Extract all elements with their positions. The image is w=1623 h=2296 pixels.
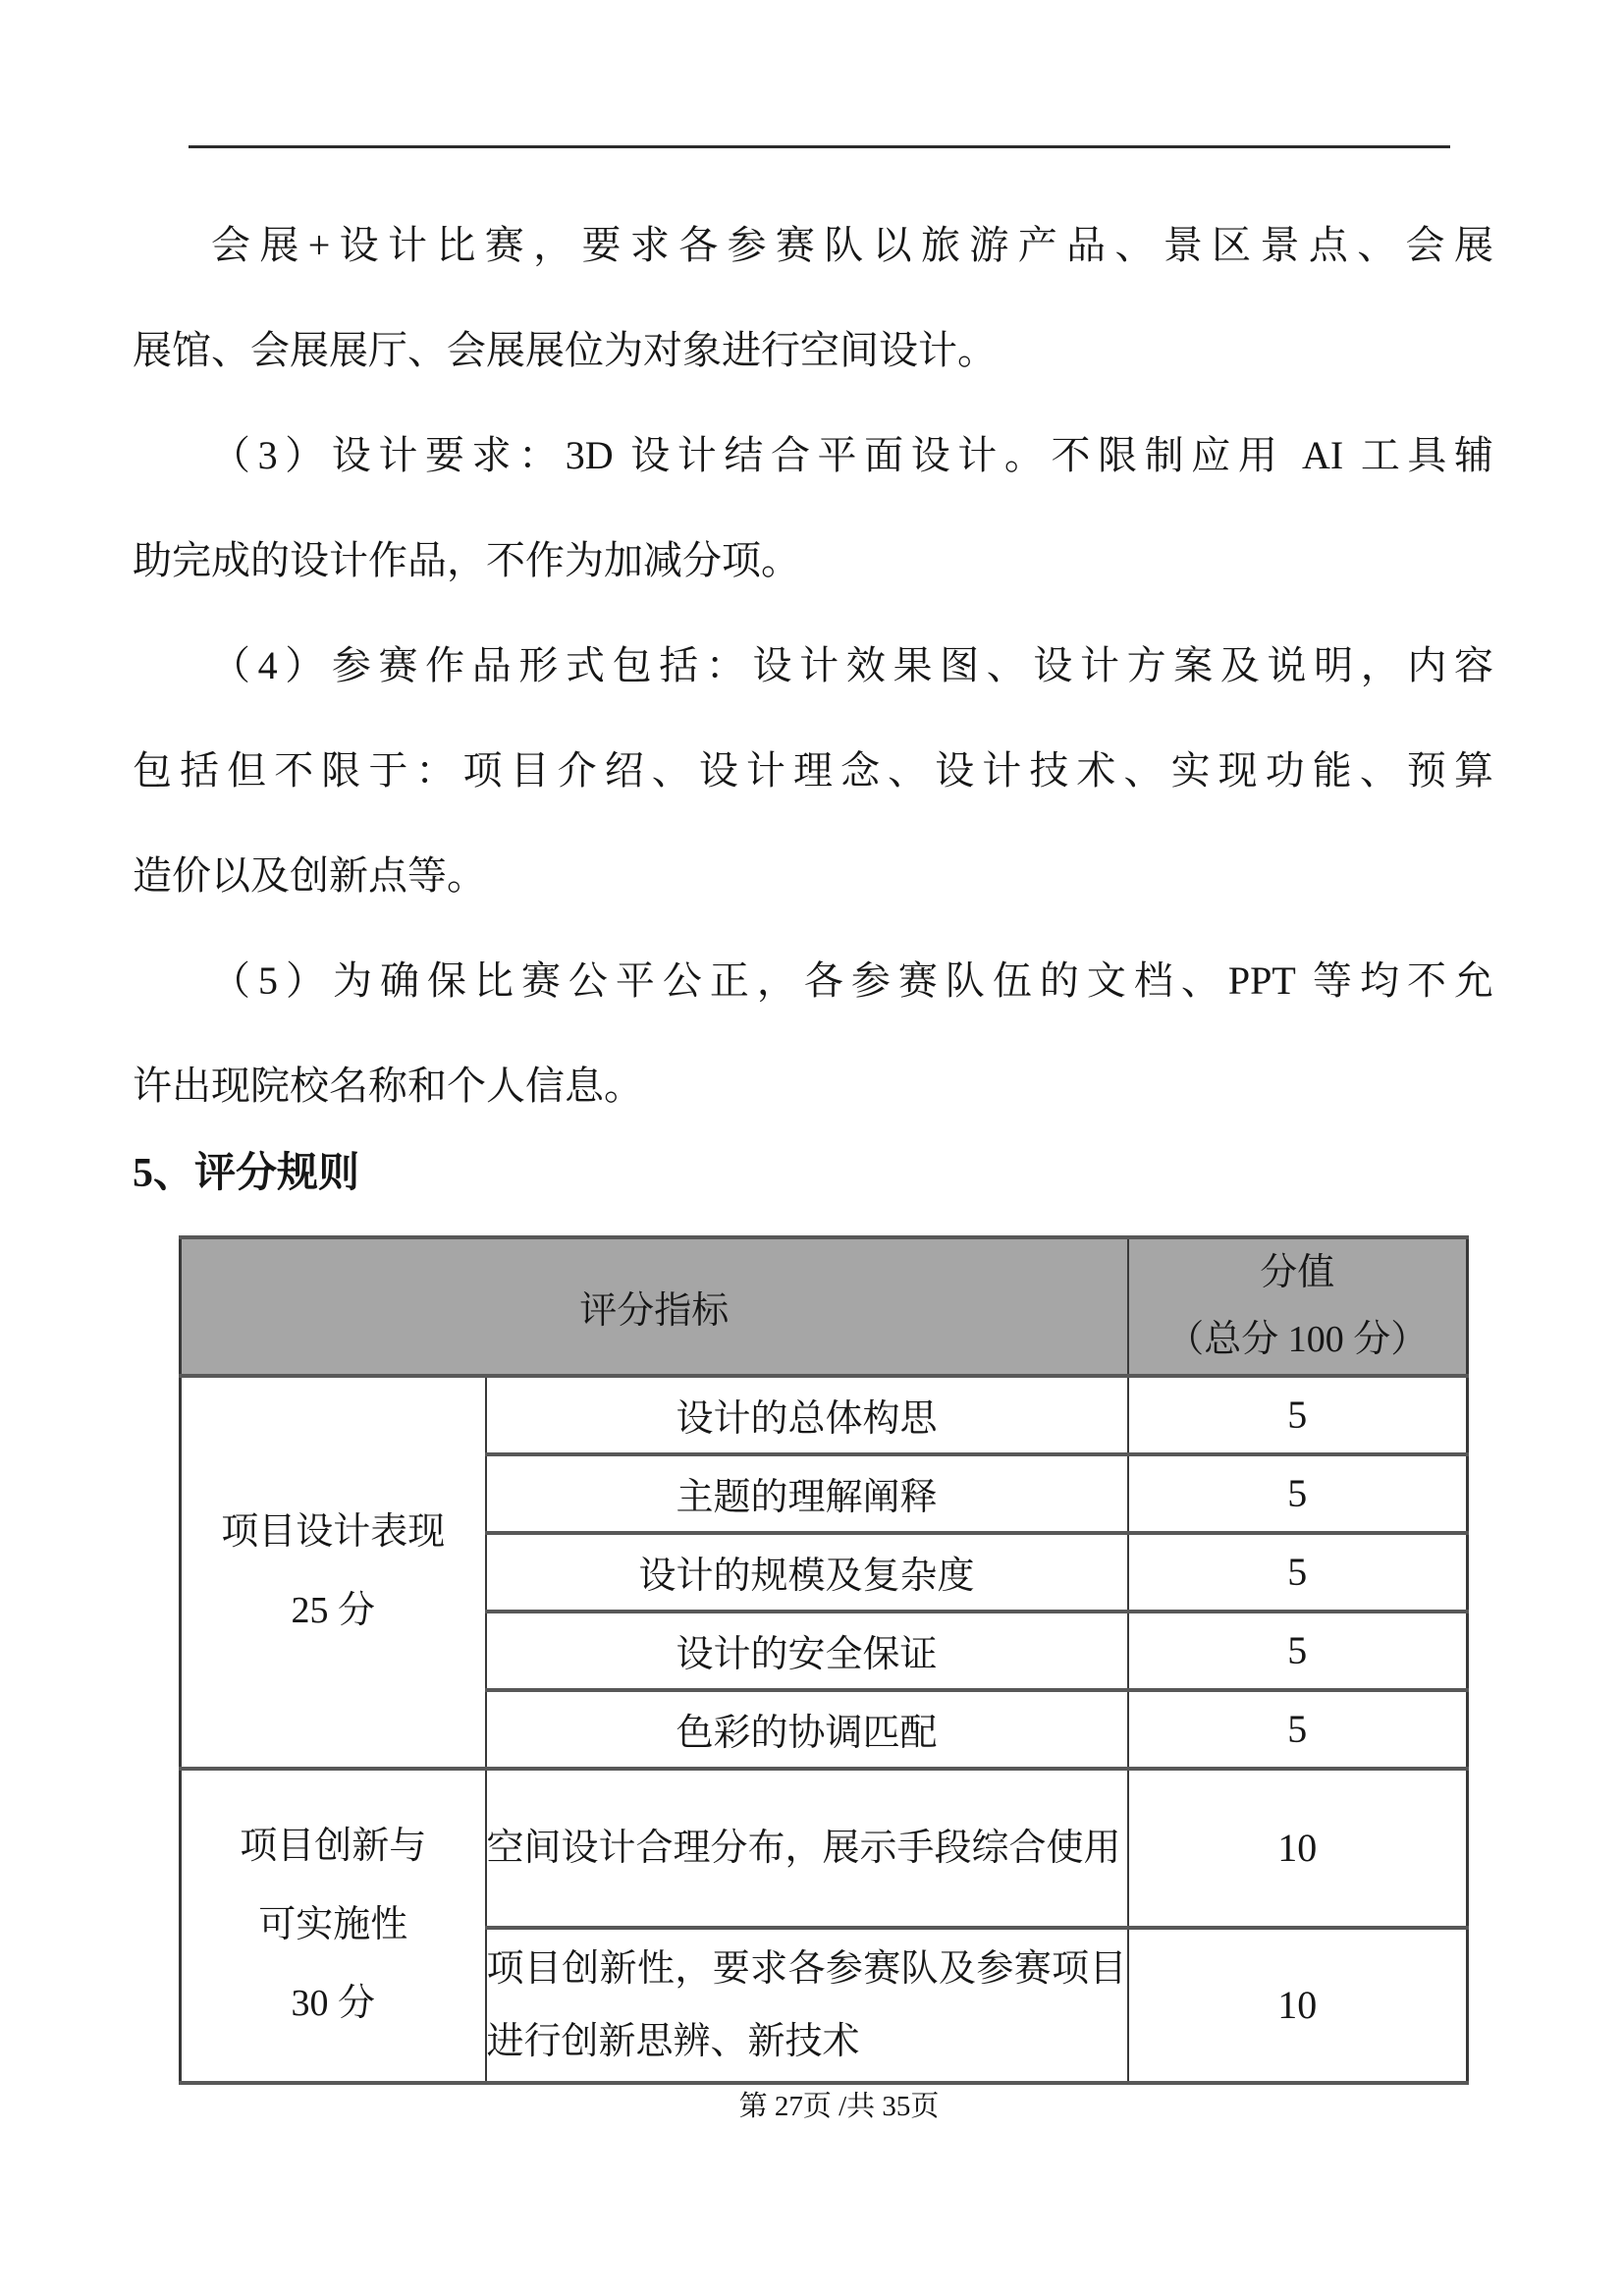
indicator-cell: 设计的安全保证	[486, 1612, 1128, 1690]
indicator-cell: 主题的理解阐释	[486, 1454, 1128, 1533]
paragraph: （4）参赛作品形式包括：设计效果图、设计方案及说明，内容 包括但不限于：项目介绍…	[133, 613, 1493, 928]
section-heading-scoring-rules: 5、评分规则	[133, 1138, 1493, 1209]
indicator-cell: 项目创新性，要求各参赛队及参赛项目进行创新思辨、新技术	[486, 1928, 1128, 2083]
score-header-line2: （总分 100 分）	[1166, 1319, 1428, 1360]
text-line: 许出现院校名称和个人信息。	[133, 1033, 1493, 1138]
score-cell: 5	[1128, 1454, 1468, 1533]
category-cell-project-innovation: 项目创新与 可实施性 30 分	[181, 1769, 486, 2083]
score-header-line1: 分值	[1260, 1252, 1334, 1293]
category-line: 30 分	[182, 1965, 485, 2044]
category-line: 可实施性	[182, 1886, 485, 1965]
column-header-indicator: 评分指标	[181, 1237, 1128, 1376]
indicator-cell: 色彩的协调匹配	[486, 1690, 1128, 1769]
table-header-row: 评分指标 分值 （总分 100 分）	[181, 1237, 1468, 1376]
score-cell: 10	[1128, 1769, 1468, 1928]
indicator-cell: 设计的总体构思	[486, 1376, 1128, 1454]
header-divider-line	[189, 145, 1450, 148]
category-cell-project-design: 项目设计表现 25 分	[181, 1376, 486, 1769]
score-cell: 5	[1128, 1690, 1468, 1769]
text-line: 助完成的设计作品，不作为加减分项。	[133, 508, 1493, 613]
score-cell: 10	[1128, 1928, 1468, 2083]
score-cell: 5	[1128, 1533, 1468, 1612]
text-line: 展馆、会展展厅、会展展位为对象进行空间设计。	[133, 298, 1493, 403]
scoring-rules-table: 评分指标 分值 （总分 100 分） 项目设计表现 25 分 设计的总体构思 5…	[179, 1235, 1469, 2085]
paragraph: 会展+设计比赛，要求各参赛队以旅游产品、景区景点、会展 展馆、会展展厅、会展展位…	[133, 192, 1493, 403]
page-number-label: 第 27页 /共 35页	[739, 2091, 940, 2122]
text-line: （4）参赛作品形式包括：设计效果图、设计方案及说明，内容	[133, 613, 1493, 718]
text-line: （5）为确保比赛公平公正，各参赛队伍的文档、PPT 等均不允	[133, 928, 1493, 1033]
document-page: 会展+设计比赛，要求各参赛队以旅游产品、景区景点、会展 展馆、会展展厅、会展展位…	[0, 0, 1623, 2296]
score-cell: 5	[1128, 1612, 1468, 1690]
category-line: 项目设计表现	[182, 1494, 485, 1572]
page-footer: 第 27页 /共 35页	[0, 2084, 1623, 2124]
text-line: 包括但不限于：项目介绍、设计理念、设计技术、实现功能、预算	[133, 718, 1493, 823]
table-row: 项目创新与 可实施性 30 分 空间设计合理分布，展示手段综合使用 10	[181, 1769, 1468, 1928]
document-body: 会展+设计比赛，要求各参赛队以旅游产品、景区景点、会展 展馆、会展展厅、会展展位…	[133, 192, 1493, 1209]
indicator-cell: 空间设计合理分布，展示手段综合使用	[486, 1769, 1128, 1928]
table-row: 项目设计表现 25 分 设计的总体构思 5	[181, 1376, 1468, 1454]
text-line: 造价以及创新点等。	[133, 823, 1493, 928]
paragraph: （5）为确保比赛公平公正，各参赛队伍的文档、PPT 等均不允 许出现院校名称和个…	[133, 928, 1493, 1138]
indicator-cell: 设计的规模及复杂度	[486, 1533, 1128, 1612]
category-line: 25 分	[182, 1572, 485, 1651]
score-cell: 5	[1128, 1376, 1468, 1454]
text-line: （3）设计要求：3D 设计结合平面设计。不限制应用 AI 工具辅	[133, 403, 1493, 508]
column-header-score: 分值 （总分 100 分）	[1128, 1237, 1468, 1376]
text-line: 会展+设计比赛，要求各参赛队以旅游产品、景区景点、会展	[133, 192, 1493, 298]
category-line: 项目创新与	[182, 1808, 485, 1886]
paragraph: （3）设计要求：3D 设计结合平面设计。不限制应用 AI 工具辅 助完成的设计作…	[133, 403, 1493, 613]
